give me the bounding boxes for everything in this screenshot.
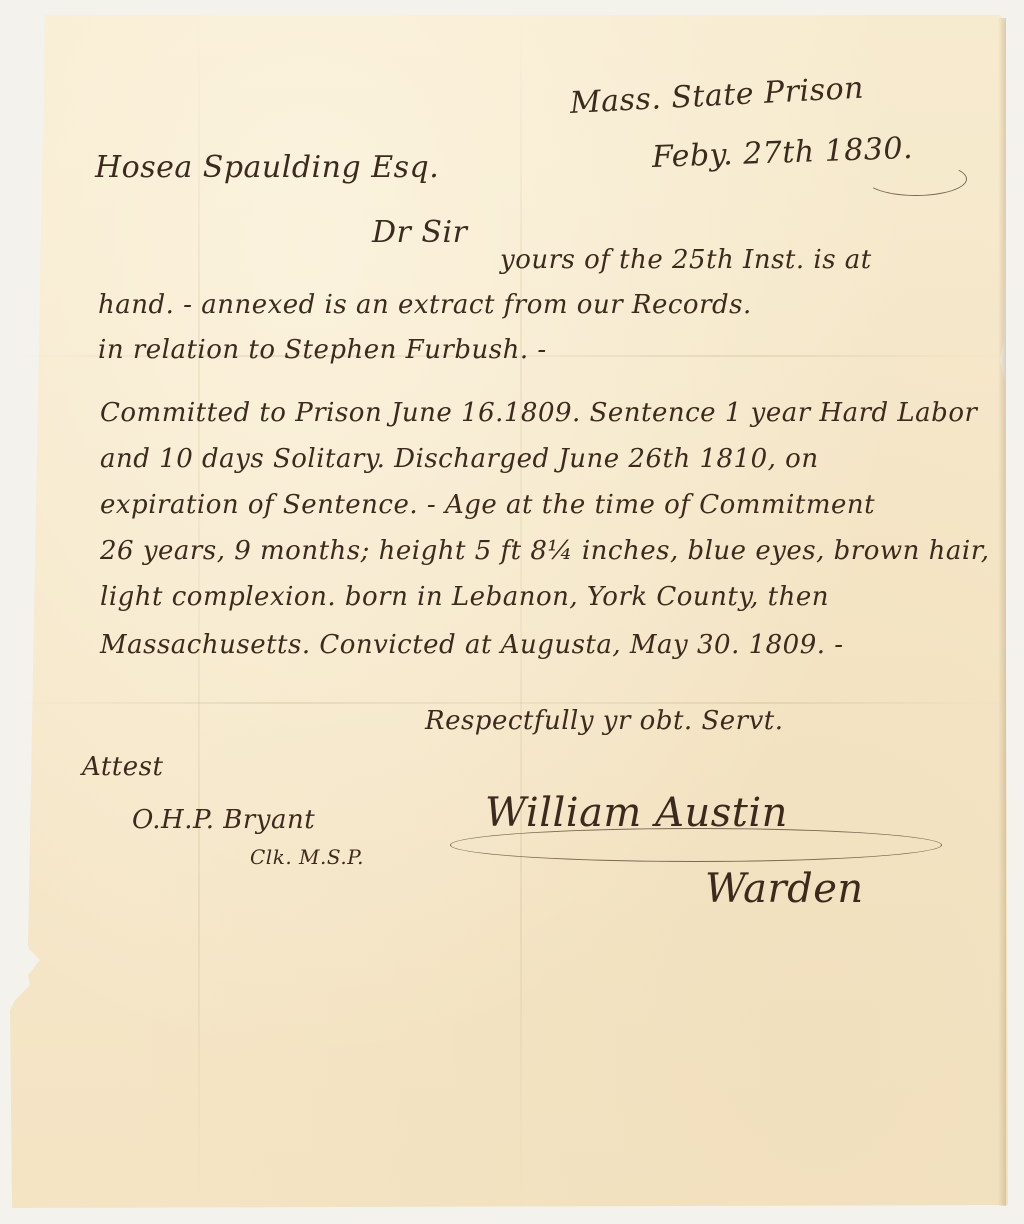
addressee: Hosea Spaulding Esq. (95, 150, 439, 185)
body-line-3: in relation to Stephen Furbush. - (98, 335, 547, 365)
attest-label: Attest (82, 752, 163, 782)
date-flourish (865, 162, 967, 196)
signatory-title: Warden (705, 866, 864, 912)
paper-edge-shadow (998, 18, 1006, 1206)
record-line-3: expiration of Sentence. - Age at the tim… (100, 490, 875, 520)
record-line-4: 26 years, 9 months; height 5 ft 8¼ inche… (100, 536, 990, 566)
salutation: Dr Sir (372, 215, 467, 250)
record-line-5: light complexion. born in Lebanon, York … (100, 582, 829, 612)
record-line-6: Massachusetts. Convicted at Augusta, May… (100, 630, 844, 660)
body-line-2: hand. - annexed is an extract from our R… (98, 290, 752, 320)
record-line-1: Committed to Prison June 16.1809. Senten… (100, 398, 977, 428)
attest-role: Clk. M.S.P. (250, 845, 364, 869)
record-line-2: and 10 days Solitary. Discharged June 26… (100, 444, 819, 474)
closing: Respectfully yr obt. Servt. (425, 706, 783, 736)
scan-background: Mass. State Prison Feby. 27th 1830. Hose… (0, 0, 1024, 1224)
body-line-1: yours of the 25th Inst. is at (500, 245, 872, 275)
signature-flourish (450, 828, 942, 862)
attest-name: O.H.P. Bryant (132, 805, 315, 835)
fold-line (20, 702, 1006, 704)
